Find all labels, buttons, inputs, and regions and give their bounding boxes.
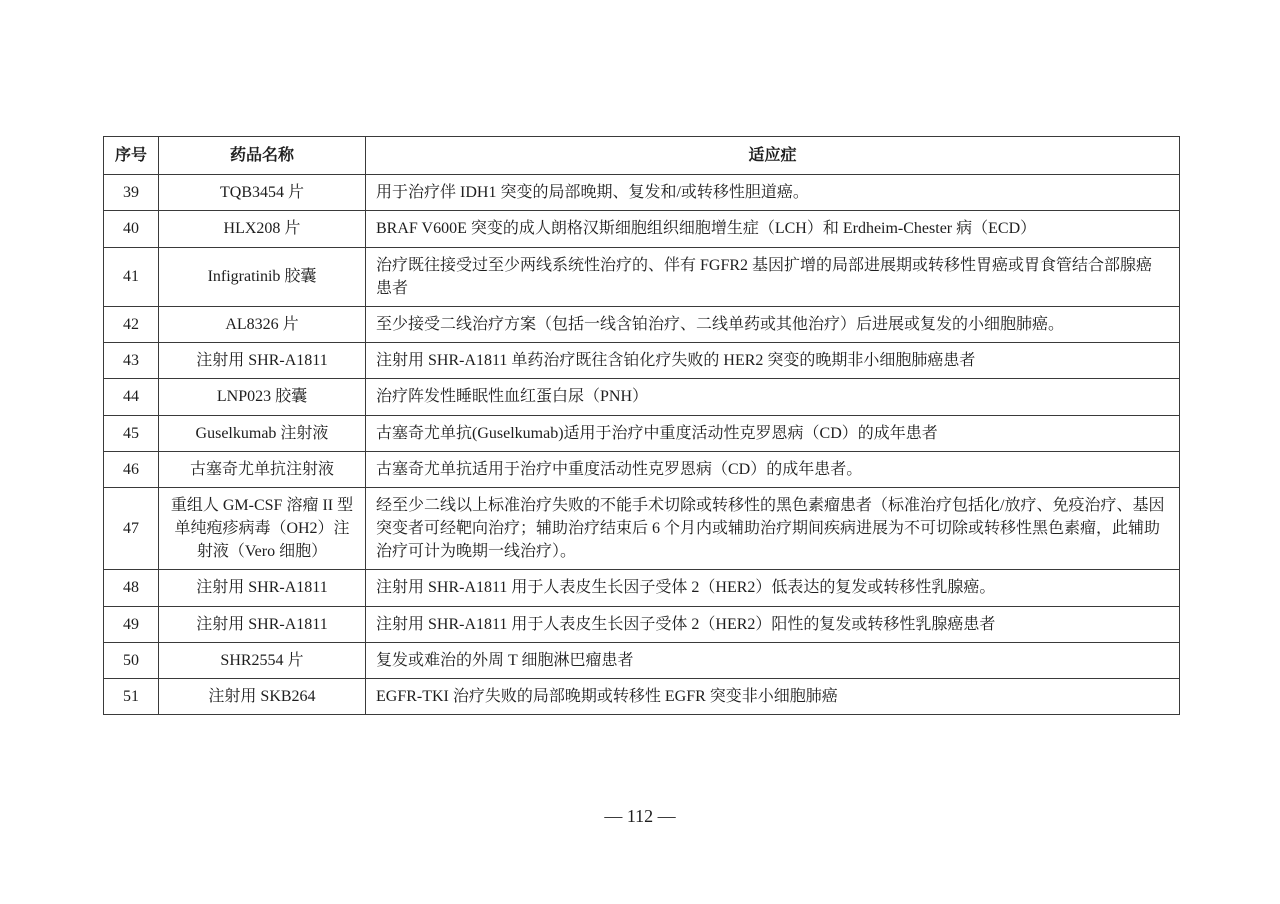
table-row: 47重组人 GM-CSF 溶瘤 II 型单纯疱疹病毒（OH2）注射液（Vero … (104, 487, 1180, 570)
header-drug-name: 药品名称 (159, 137, 366, 175)
table-row: 41Infigratinib 胶囊治疗既往接受过至少两线系统性治疗的、伴有 FG… (104, 247, 1180, 306)
table-row: 45Guselkumab 注射液古塞奇尤单抗(Guselkumab)适用于治疗中… (104, 415, 1180, 451)
drug-name-cell: 注射用 SKB264 (159, 679, 366, 715)
indication-cell: 注射用 SHR-A1811 用于人表皮生长因子受体 2（HER2）低表达的复发或… (366, 570, 1180, 606)
serial-number-cell: 51 (104, 679, 159, 715)
drug-name-cell: 注射用 SHR-A1811 (159, 570, 366, 606)
indication-cell: 治疗既往接受过至少两线系统性治疗的、伴有 FGFR2 基因扩增的局部进展期或转移… (366, 247, 1180, 306)
drug-name-cell: SHR2554 片 (159, 642, 366, 678)
table-row: 50SHR2554 片复发或难治的外周 T 细胞淋巴瘤患者 (104, 642, 1180, 678)
table-row: 48注射用 SHR-A1811注射用 SHR-A1811 用于人表皮生长因子受体… (104, 570, 1180, 606)
indication-cell: EGFR-TKI 治疗失败的局部晚期或转移性 EGFR 突变非小细胞肺癌 (366, 679, 1180, 715)
table-row: 51注射用 SKB264EGFR-TKI 治疗失败的局部晚期或转移性 EGFR … (104, 679, 1180, 715)
header-row: 序号 药品名称 适应症 (104, 137, 1180, 175)
drug-name-cell: 重组人 GM-CSF 溶瘤 II 型单纯疱疹病毒（OH2）注射液（Vero 细胞… (159, 487, 366, 570)
table-row: 49注射用 SHR-A1811注射用 SHR-A1811 用于人表皮生长因子受体… (104, 606, 1180, 642)
header-indication: 适应症 (366, 137, 1180, 175)
drug-name-cell: TQB3454 片 (159, 175, 366, 211)
table-row: 44LNP023 胶囊治疗阵发性睡眠性血红蛋白尿（PNH） (104, 379, 1180, 415)
header-serial-number: 序号 (104, 137, 159, 175)
indication-cell: 治疗阵发性睡眠性血红蛋白尿（PNH） (366, 379, 1180, 415)
drug-name-cell: LNP023 胶囊 (159, 379, 366, 415)
table-row: 40HLX208 片BRAF V600E 突变的成人朗格汉斯细胞组织细胞增生症（… (104, 211, 1180, 247)
drug-name-cell: 注射用 SHR-A1811 (159, 343, 366, 379)
indication-cell: 复发或难治的外周 T 细胞淋巴瘤患者 (366, 642, 1180, 678)
drug-name-cell: 注射用 SHR-A1811 (159, 606, 366, 642)
drug-name-cell: 古塞奇尤单抗注射液 (159, 451, 366, 487)
serial-number-cell: 42 (104, 306, 159, 342)
indication-cell: 至少接受二线治疗方案（包括一线含铂治疗、二线单药或其他治疗）后进展或复发的小细胞… (366, 306, 1180, 342)
table-row: 46古塞奇尤单抗注射液古塞奇尤单抗适用于治疗中重度活动性克罗恩病（CD）的成年患… (104, 451, 1180, 487)
serial-number-cell: 46 (104, 451, 159, 487)
serial-number-cell: 45 (104, 415, 159, 451)
drug-name-cell: HLX208 片 (159, 211, 366, 247)
serial-number-cell: 40 (104, 211, 159, 247)
indication-cell: 古塞奇尤单抗适用于治疗中重度活动性克罗恩病（CD）的成年患者。 (366, 451, 1180, 487)
table-row: 42AL8326 片至少接受二线治疗方案（包括一线含铂治疗、二线单药或其他治疗）… (104, 306, 1180, 342)
serial-number-cell: 49 (104, 606, 159, 642)
indication-cell: 经至少二线以上标准治疗失败的不能手术切除或转移性的黑色素瘤患者（标准治疗包括化/… (366, 487, 1180, 570)
serial-number-cell: 43 (104, 343, 159, 379)
drug-name-cell: AL8326 片 (159, 306, 366, 342)
drug-indication-table: 序号 药品名称 适应症 39TQB3454 片用于治疗伴 IDH1 突变的局部晚… (103, 136, 1180, 715)
serial-number-cell: 39 (104, 175, 159, 211)
indication-cell: BRAF V600E 突变的成人朗格汉斯细胞组织细胞增生症（LCH）和 Erdh… (366, 211, 1180, 247)
table-body: 39TQB3454 片用于治疗伴 IDH1 突变的局部晚期、复发和/或转移性胆道… (104, 175, 1180, 715)
serial-number-cell: 47 (104, 487, 159, 570)
drug-name-cell: Infigratinib 胶囊 (159, 247, 366, 306)
indication-cell: 注射用 SHR-A1811 单药治疗既往含铂化疗失败的 HER2 突变的晚期非小… (366, 343, 1180, 379)
serial-number-cell: 41 (104, 247, 159, 306)
indication-cell: 注射用 SHR-A1811 用于人表皮生长因子受体 2（HER2）阳性的复发或转… (366, 606, 1180, 642)
serial-number-cell: 44 (104, 379, 159, 415)
indication-cell: 古塞奇尤单抗(Guselkumab)适用于治疗中重度活动性克罗恩病（CD）的成年… (366, 415, 1180, 451)
indication-cell: 用于治疗伴 IDH1 突变的局部晚期、复发和/或转移性胆道癌。 (366, 175, 1180, 211)
page-number: — 112 — (0, 806, 1280, 827)
drug-name-cell: Guselkumab 注射液 (159, 415, 366, 451)
table-row: 39TQB3454 片用于治疗伴 IDH1 突变的局部晚期、复发和/或转移性胆道… (104, 175, 1180, 211)
serial-number-cell: 48 (104, 570, 159, 606)
serial-number-cell: 50 (104, 642, 159, 678)
table-row: 43注射用 SHR-A1811注射用 SHR-A1811 单药治疗既往含铂化疗失… (104, 343, 1180, 379)
document-page: 序号 药品名称 适应症 39TQB3454 片用于治疗伴 IDH1 突变的局部晚… (0, 0, 1280, 904)
